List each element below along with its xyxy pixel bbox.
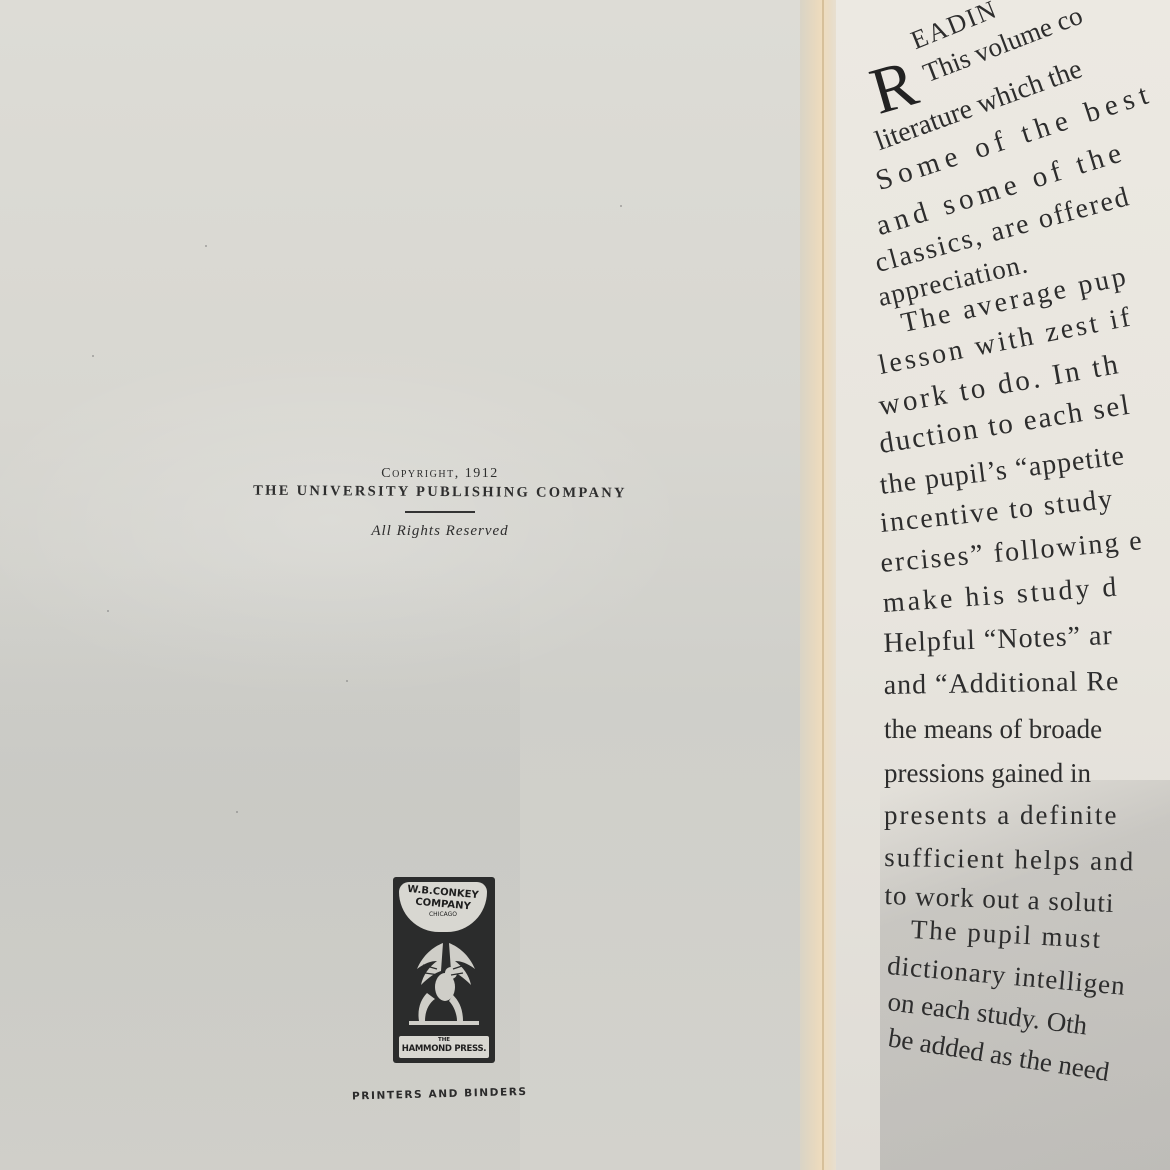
text-line: and “Additional Re [883, 666, 1119, 702]
copyright-block: Copyright, 1912 THE UNIVERSITY PUBLISHIN… [200, 466, 680, 540]
winged-griffin-icon [403, 935, 485, 1031]
text-line: sufficient helps and [884, 842, 1135, 877]
printer-mark: W.B.CONKEY COMPANY CHICAGO THE HAMMOND P… [393, 877, 495, 1063]
copyright-year: Copyright, 1912 [200, 466, 680, 482]
rights-notice: All Rights Reserved [200, 523, 680, 540]
text-line: pressions gained in [884, 758, 1091, 789]
printer-mark-banner: W.B.CONKEY COMPANY CHICAGO [399, 882, 487, 932]
press-name: HAMMOND PRESS. [399, 1044, 489, 1054]
printer-mark-footer: THE HAMMOND PRESS. [399, 1036, 489, 1058]
press-article: THE [399, 1036, 489, 1044]
gutter-edge [822, 0, 824, 1170]
text-line: presents a definite [884, 800, 1118, 831]
text-line: the means of broade [884, 714, 1102, 745]
publisher-name: THE UNIVERSITY PUBLISHING COMPANY [200, 482, 680, 502]
book-gutter [800, 0, 840, 1170]
divider-rule [405, 511, 475, 513]
